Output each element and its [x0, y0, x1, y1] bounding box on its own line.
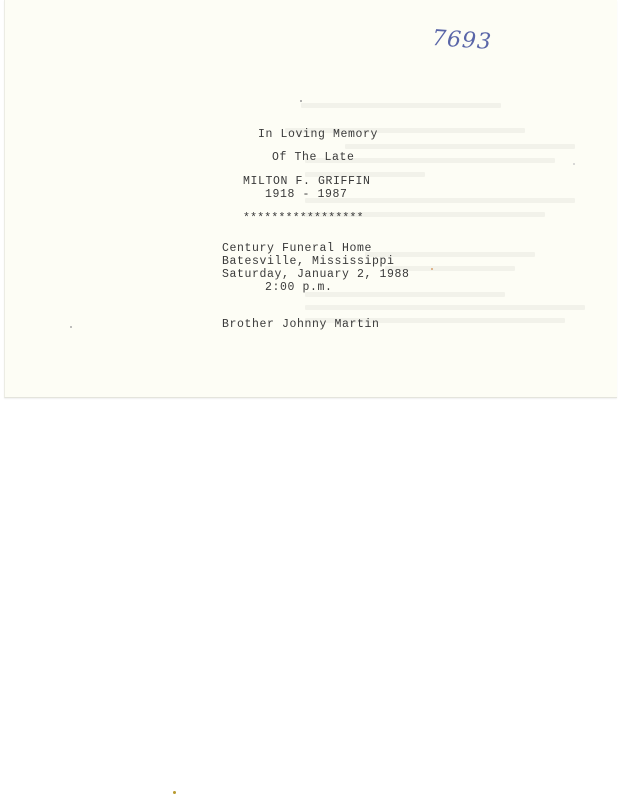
deceased-name: MILTON F. GRIFFIN	[243, 175, 371, 188]
service-time: 2:00 p.m.	[265, 281, 333, 294]
scan-speck	[173, 791, 176, 794]
service-date: Saturday, January 2, 1988	[222, 268, 410, 281]
separator: *****************	[243, 212, 364, 225]
heading: In Loving Memory	[258, 128, 378, 141]
show-through-line	[345, 144, 575, 149]
subheading: Of The Late	[272, 151, 355, 164]
officiant: Brother Johnny Martin	[222, 318, 380, 331]
paper-speck	[431, 268, 433, 270]
paper-speck	[70, 326, 72, 328]
location: Batesville, Mississippi	[222, 255, 395, 268]
life-years: 1918 - 1987	[265, 188, 348, 201]
handwritten-catalog-number: 7693	[431, 26, 493, 55]
paper-speck	[300, 100, 302, 102]
paper-speck	[573, 163, 575, 165]
show-through-line	[301, 103, 501, 108]
show-through-line	[305, 305, 585, 310]
show-through-line	[305, 292, 505, 297]
venue: Century Funeral Home	[222, 242, 372, 255]
